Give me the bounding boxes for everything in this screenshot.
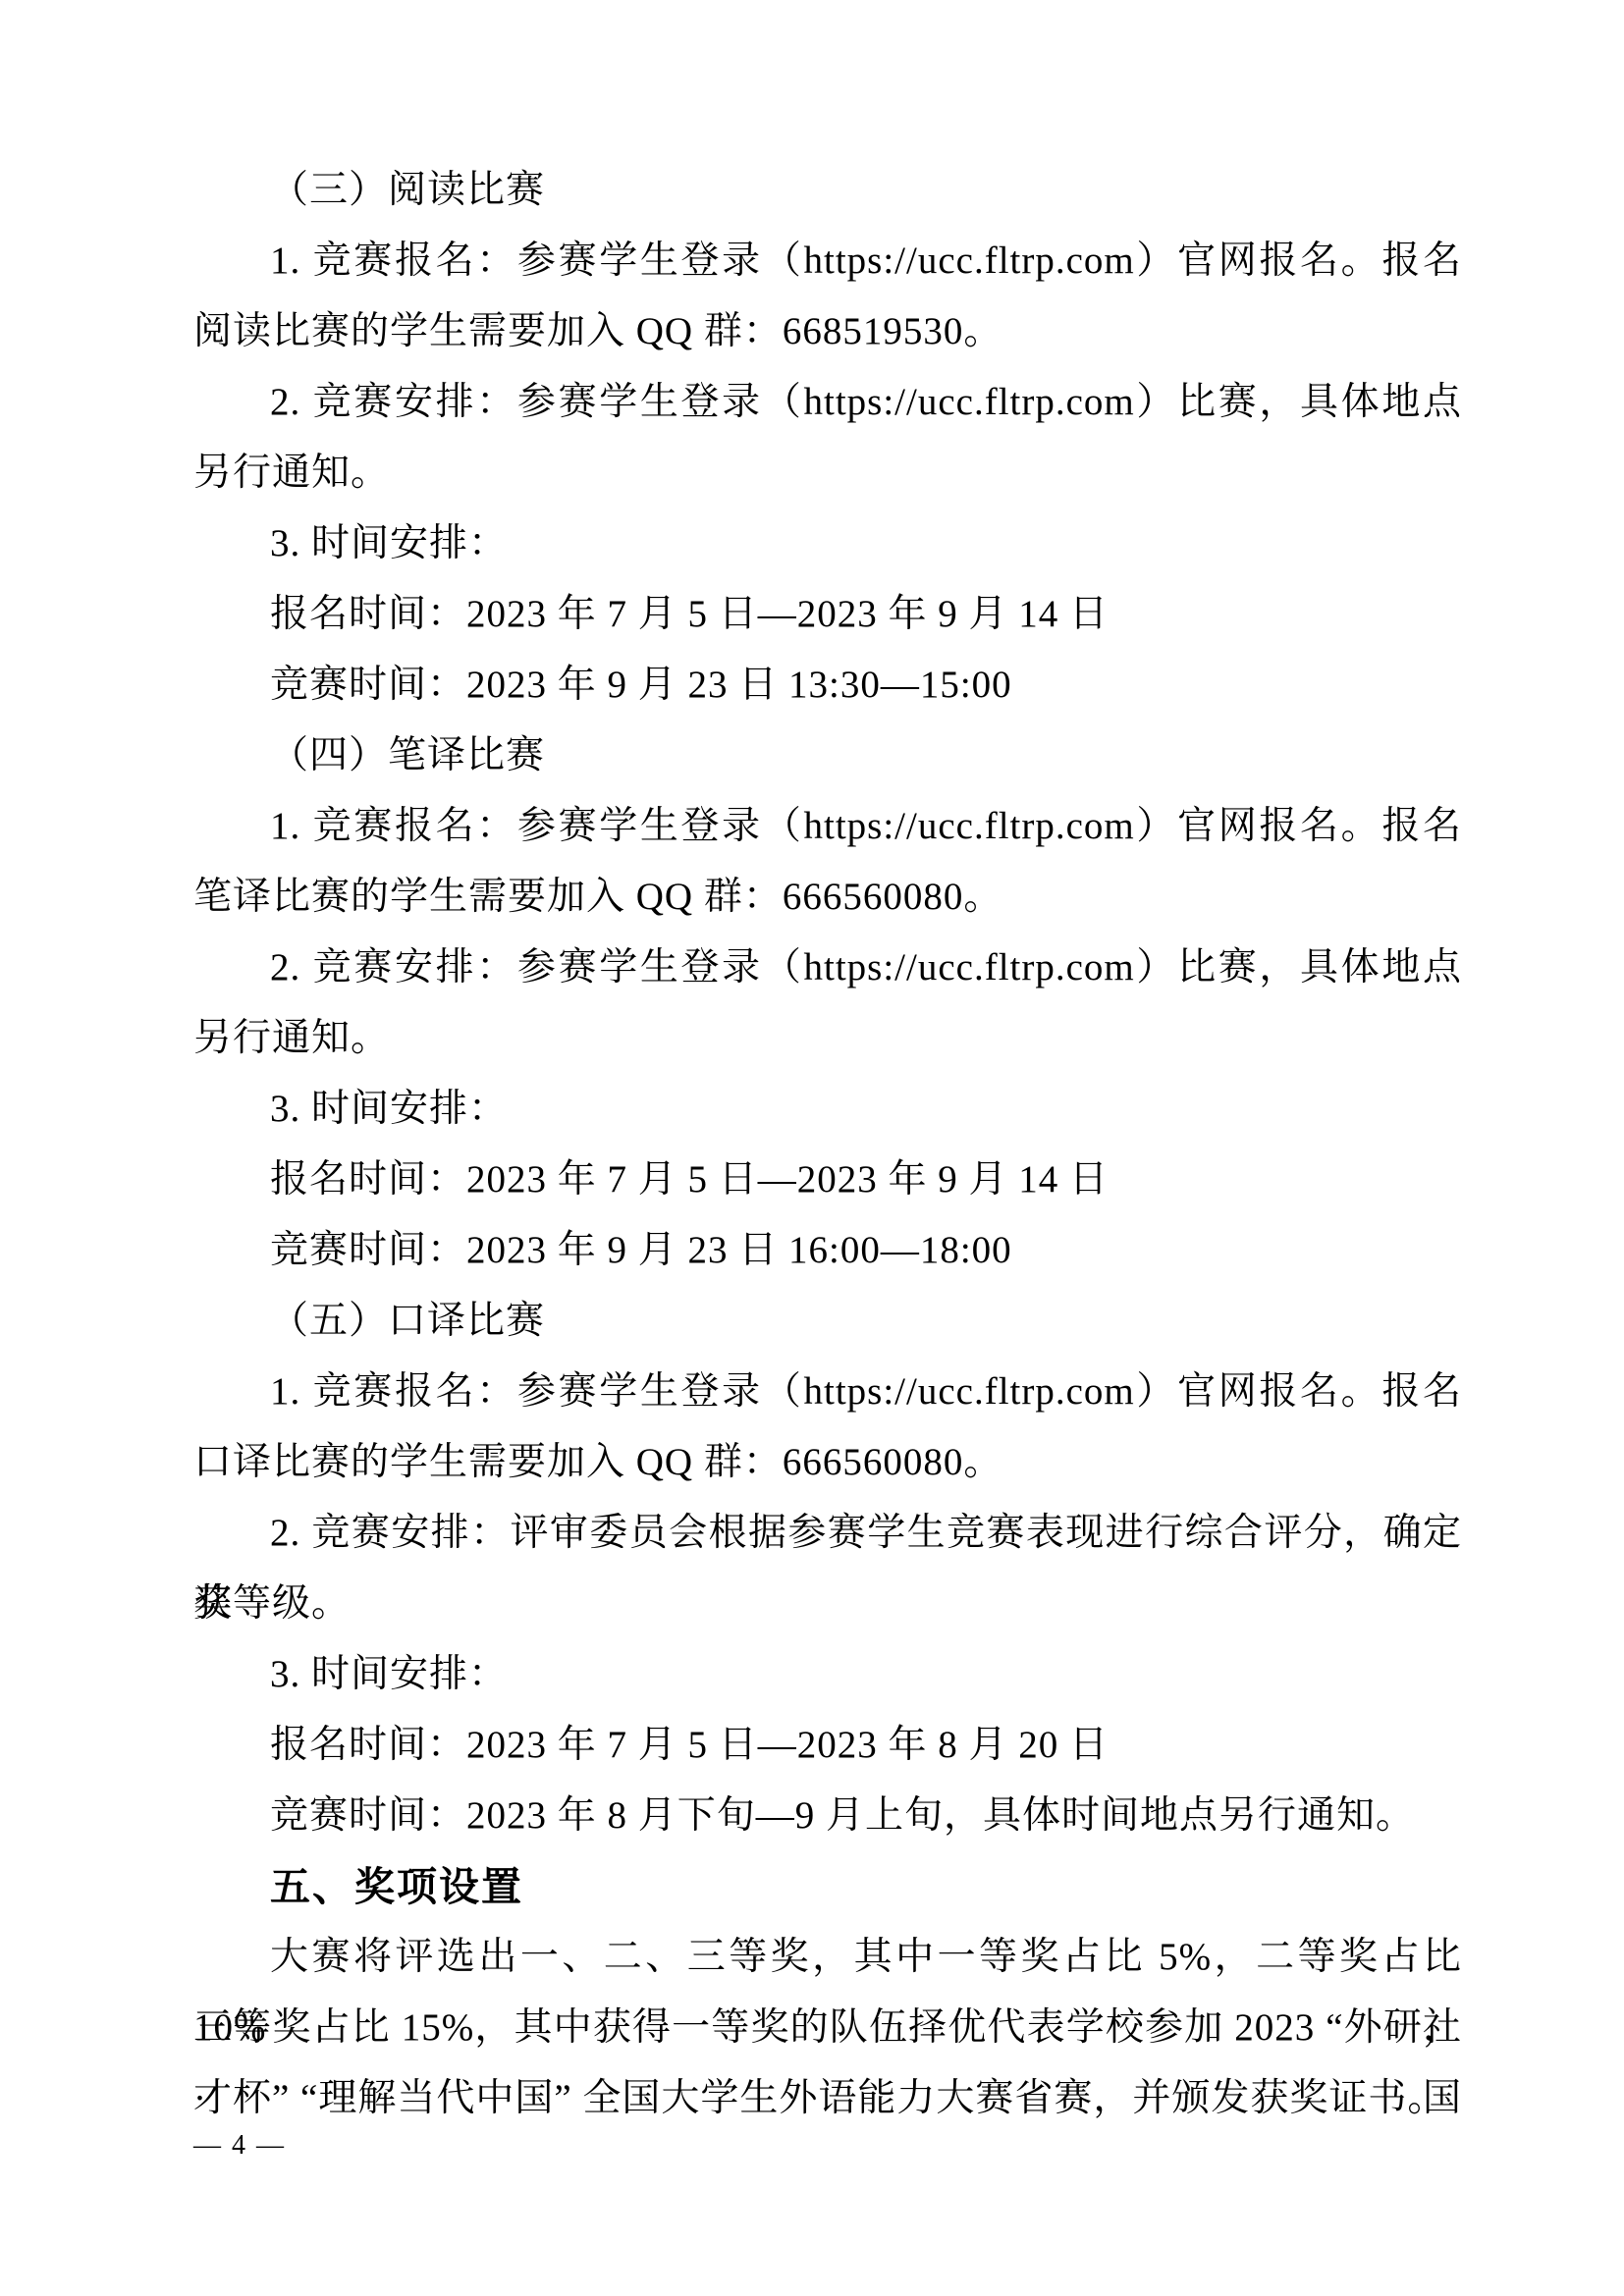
- subsection-heading-translation: （四）笔译比赛: [193, 721, 1462, 791]
- registration-time-line: 报名时间：2023 年 7 月 5 日—2023 年 8 月 20 日: [193, 1710, 1462, 1781]
- registration-para-line: 1. 竞赛报名：参赛学生登录（https://ucc.fltrp.com）官网报…: [193, 791, 1462, 862]
- arrangement-para-line: 2. 竞赛安排：参赛学生登录（https://ucc.fltrp.com）比赛，…: [193, 367, 1462, 438]
- registration-para-line: 1. 竞赛报名：参赛学生登录（https://ucc.fltrp.com）官网报…: [193, 1357, 1462, 1427]
- awards-para-line: 才杯” “理解当代中国” 全国大学生外语能力大赛省赛，并颁发获奖证书。: [193, 2063, 1462, 2134]
- qq-group-line: 阅读比赛的学生需要加入 QQ 群：668519530。: [193, 296, 1462, 367]
- schedule-heading-line: 3. 时间安排：: [193, 1639, 1462, 1710]
- awards-para-line: 三等奖占比 15%，其中获得一等奖的队伍择优代表学校参加 2023 “外研社·国: [193, 1993, 1462, 2063]
- qq-group-line: 口译比赛的学生需要加入 QQ 群：666560080。: [193, 1427, 1462, 1498]
- subsection-heading-interpreting: （五）口译比赛: [193, 1286, 1462, 1357]
- para-continuation-line: 奖等级。: [193, 1569, 1462, 1639]
- schedule-heading-line: 3. 时间安排：: [193, 1074, 1462, 1145]
- qq-group-line: 笔译比赛的学生需要加入 QQ 群：666560080。: [193, 862, 1462, 933]
- competition-time-line: 竞赛时间：2023 年 9 月 23 日 16:00—18:00: [193, 1215, 1462, 1286]
- document-body: （三）阅读比赛 1. 竞赛报名：参赛学生登录（https://ucc.fltrp…: [193, 155, 1462, 2134]
- page-number: — 4 —: [193, 2126, 286, 2165]
- arrangement-para-line: 2. 竞赛安排：评审委员会根据参赛学生竞赛表现进行综合评分，确定获: [193, 1498, 1462, 1569]
- registration-time-line: 报名时间：2023 年 7 月 5 日—2023 年 9 月 14 日: [193, 1145, 1462, 1215]
- document-page: （三）阅读比赛 1. 竞赛报名：参赛学生登录（https://ucc.fltrp…: [0, 0, 1624, 2296]
- competition-time-line: 竞赛时间：2023 年 9 月 23 日 13:30—15:00: [193, 650, 1462, 721]
- para-continuation-line: 另行通知。: [193, 1003, 1462, 1074]
- arrangement-para-line: 2. 竞赛安排：参赛学生登录（https://ucc.fltrp.com）比赛，…: [193, 933, 1462, 1003]
- schedule-heading-line: 3. 时间安排：: [193, 508, 1462, 579]
- registration-para-line: 1. 竞赛报名：参赛学生登录（https://ucc.fltrp.com）官网报…: [193, 226, 1462, 296]
- section-heading-awards: 五、奖项设置: [193, 1851, 1462, 1922]
- competition-time-line: 竞赛时间：2023 年 8 月下旬—9 月上旬，具体时间地点另行通知。: [193, 1781, 1462, 1851]
- subsection-heading-reading: （三）阅读比赛: [193, 155, 1462, 226]
- registration-time-line: 报名时间：2023 年 7 月 5 日—2023 年 9 月 14 日: [193, 579, 1462, 650]
- para-continuation-line: 另行通知。: [193, 438, 1462, 508]
- awards-para-line: 大赛将评选出一、二、三等奖，其中一等奖占比 5%，二等奖占比 10%，: [193, 1922, 1462, 1993]
